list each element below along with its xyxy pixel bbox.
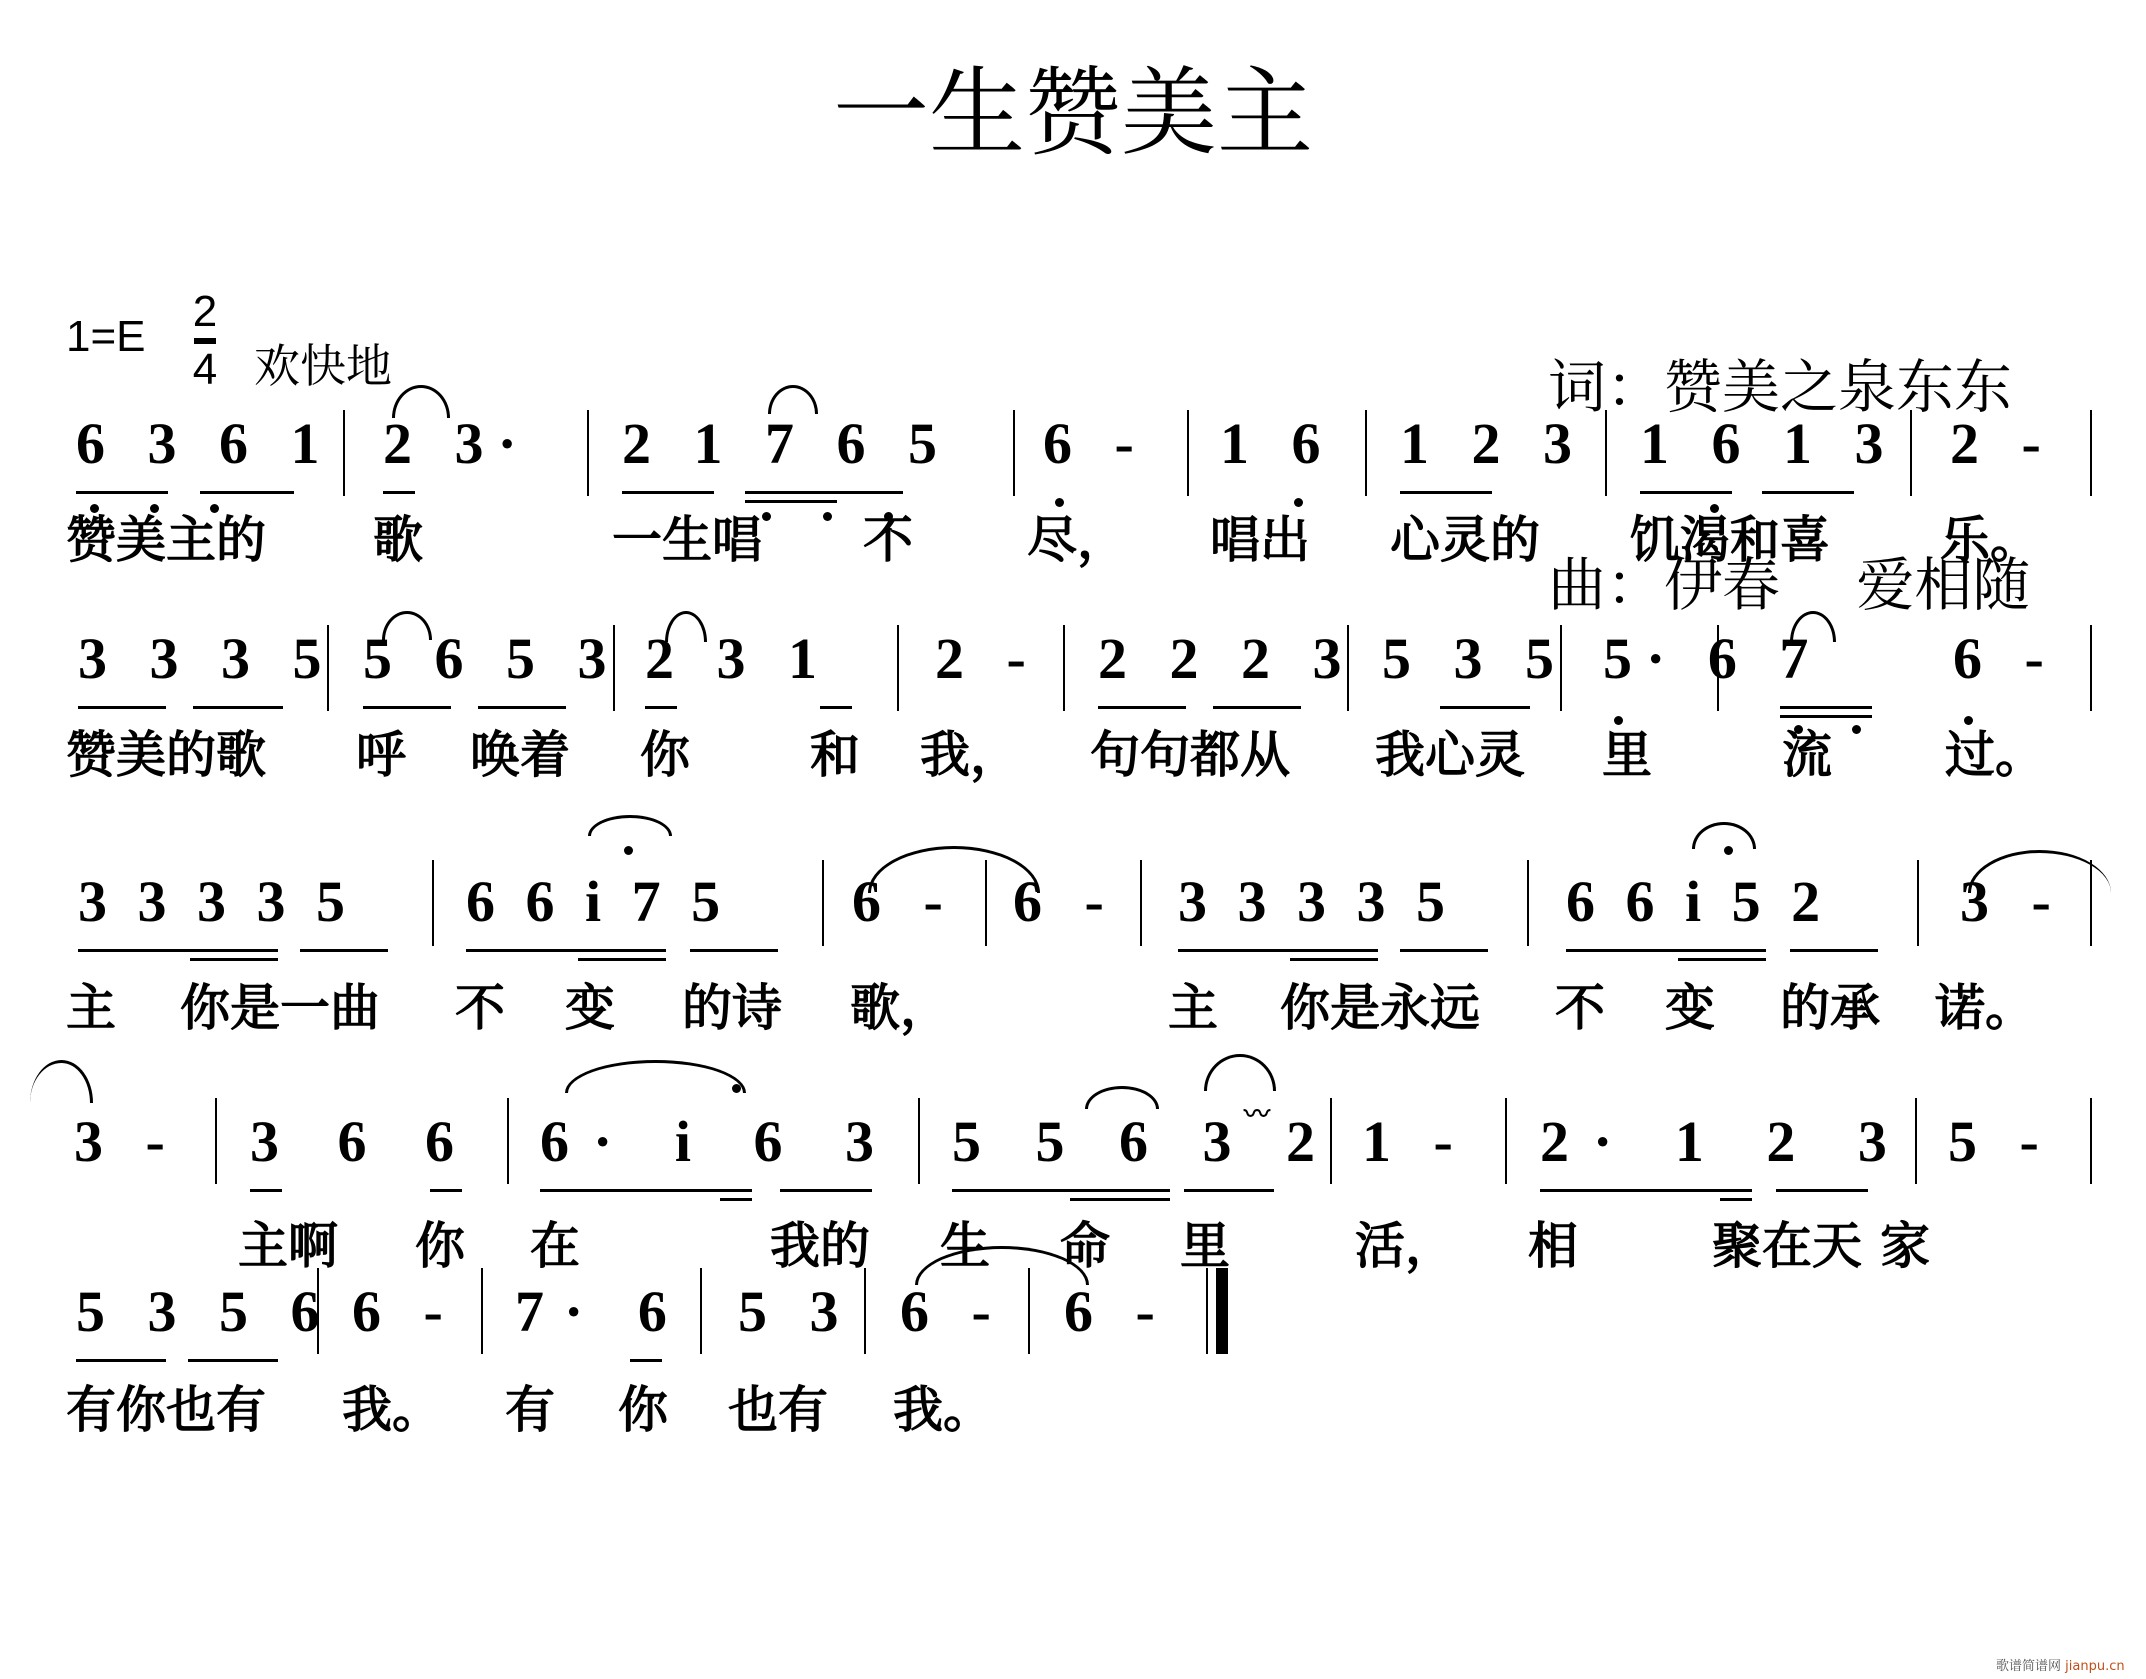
system-4: 3 - 3 6 6 6· i 6 3 5 5 6 3 2 〰 1 - 2· 1 … xyxy=(0,1098,2146,1268)
measure-4: 2 - xyxy=(935,627,1040,691)
lyric: 有你也有 xyxy=(66,1380,266,1440)
underline xyxy=(1762,491,1854,494)
underline xyxy=(76,1359,166,1362)
lyric: 饥渴和喜 xyxy=(1630,510,1830,570)
underline xyxy=(190,958,278,961)
lyric: 主 xyxy=(66,978,116,1038)
underline xyxy=(780,1189,872,1192)
system-2: 3 3 3 5 5 6 5 3 2 3 1 2 - 2 2 2 3 5 3 5 … xyxy=(0,615,2146,785)
barline xyxy=(1915,1098,1917,1184)
measure-2: 6 - xyxy=(352,1280,457,1344)
underline xyxy=(1184,1189,1274,1192)
song-title: 一生赞美主 xyxy=(0,58,2146,168)
barline xyxy=(2090,1098,2092,1184)
measure-6: 5 3 5 xyxy=(1382,627,1568,691)
lyric: 流 xyxy=(1782,725,1832,785)
measure-4: 5 3 xyxy=(738,1280,853,1344)
low-octave-dot xyxy=(1294,498,1303,507)
lyric: 乐。 xyxy=(1940,510,2040,570)
measure-4: 6 - xyxy=(1013,870,1118,934)
lyric: 我心灵 xyxy=(1375,725,1525,785)
underline xyxy=(1566,949,1766,952)
lyric: 赞美主的 xyxy=(66,510,266,570)
tie xyxy=(30,1060,93,1103)
lyric: 不 xyxy=(863,510,913,570)
lyric: 变 xyxy=(565,978,615,1038)
underline xyxy=(1400,491,1492,494)
measure-1: 3 3 3 3 5 xyxy=(78,870,353,934)
lyric: 不 xyxy=(455,978,505,1038)
measure-5: 6 - xyxy=(900,1280,1005,1344)
underline xyxy=(622,491,714,494)
low-octave-dot xyxy=(1614,716,1623,725)
barline xyxy=(2090,625,2092,711)
lyric: 我。 xyxy=(893,1380,993,1440)
measure-5: 2 2 2 3 xyxy=(1098,627,1356,691)
time-divider xyxy=(194,338,216,344)
underline xyxy=(1780,715,1872,718)
barline xyxy=(1605,410,1607,496)
lyric: 唱出 xyxy=(1210,510,1310,570)
measure-3: 2 1 7 6 5 xyxy=(622,412,951,476)
measure-1: 5 3 5 6 xyxy=(76,1280,334,1344)
lyric: 和 xyxy=(810,725,860,785)
underline xyxy=(363,706,451,709)
underline xyxy=(200,491,294,494)
barline xyxy=(1527,860,1529,946)
lyric: 一生唱 xyxy=(612,510,762,570)
lyric: 主啊 xyxy=(238,1216,338,1276)
tempo-marking: 欢快地 xyxy=(254,330,392,396)
measure-2: 3 6 6 xyxy=(250,1110,476,1174)
measure-5: 1 - xyxy=(1362,1110,1467,1174)
underline xyxy=(540,1189,752,1192)
lyric: 句句都从 xyxy=(1090,725,1290,785)
lyric: 有 xyxy=(505,1380,555,1440)
measure-6: 6 6 i 5 2 xyxy=(1566,870,1828,934)
barline xyxy=(1013,410,1015,496)
underline xyxy=(630,1359,662,1362)
watermark-site-name: 歌谱简谱网 xyxy=(1996,1659,2061,1674)
barline xyxy=(1910,410,1912,496)
underline xyxy=(1178,949,1378,952)
measure-2: 2 3· xyxy=(383,412,531,476)
lyric: 我。 xyxy=(342,1380,442,1440)
lyric: 相 xyxy=(1528,1216,1578,1276)
underline xyxy=(1098,706,1186,709)
system-3: 3 3 3 3 5 6 6 i 7 5 6 - 6 - 3 3 3 3 5 6 … xyxy=(0,858,2146,1028)
measure-7: 1 6 1 3 xyxy=(1640,412,1898,476)
lyric: 我， xyxy=(920,725,1020,785)
slur xyxy=(1204,1054,1276,1091)
time-numerator: 2 xyxy=(193,287,217,336)
underline xyxy=(720,1198,752,1201)
underline xyxy=(430,1189,462,1192)
underline xyxy=(1400,949,1488,952)
barline xyxy=(215,1098,217,1184)
underline xyxy=(478,706,566,709)
lyric: 你 xyxy=(640,725,690,785)
underline xyxy=(383,491,415,494)
slur xyxy=(382,611,432,640)
measure-7: 5 - xyxy=(1948,1110,2053,1174)
lyric: 你是一曲 xyxy=(180,978,380,1038)
lyric: 诺。 xyxy=(1935,978,2035,1038)
low-octave-dot xyxy=(1852,725,1861,734)
barline xyxy=(343,410,345,496)
underline xyxy=(1776,1189,1868,1192)
underline xyxy=(952,1189,1170,1192)
measure-4: 5 5 6 3 2 xyxy=(952,1110,1335,1174)
slur xyxy=(1085,1086,1159,1109)
barline xyxy=(587,410,589,496)
measure-1: 3 - xyxy=(74,1110,179,1174)
barline xyxy=(918,1098,920,1184)
final-barline xyxy=(1216,1268,1228,1354)
lyric: 主 xyxy=(1168,978,1218,1038)
barline xyxy=(2090,410,2092,496)
low-octave-dot xyxy=(823,512,832,521)
underline xyxy=(1290,958,1378,961)
key-signature: 1=E xyxy=(66,312,146,362)
lyric: 活， xyxy=(1355,1216,1455,1276)
slur xyxy=(665,611,707,642)
low-octave-dot xyxy=(1964,716,1973,725)
slur xyxy=(1692,822,1756,849)
barline xyxy=(1063,625,1065,711)
slur xyxy=(588,815,672,836)
lyric: 我的 xyxy=(770,1216,870,1276)
time-signature: 2 4 xyxy=(188,290,222,392)
measure-4: 6 - xyxy=(1043,412,1148,476)
watermark-url: jianpu.cn xyxy=(2065,1659,2124,1674)
lyric: 过。 xyxy=(1945,725,2045,785)
barline xyxy=(1917,860,1919,946)
barline xyxy=(822,860,824,946)
measure-6: 2· 1 2 3 xyxy=(1540,1110,1911,1174)
lyric: 尽， xyxy=(1027,510,1127,570)
measure-1: 6 3 6 1 xyxy=(76,412,334,476)
measure-5: 3 3 3 3 5 xyxy=(1178,870,1453,934)
lyric: 你 xyxy=(618,1380,668,1440)
barline xyxy=(864,1268,866,1354)
underline xyxy=(78,706,166,709)
system-1: 6 3 6 1 2 3· 2 1 7 6 5 6 - 1 6 1 2 3 1 6… xyxy=(0,400,2146,570)
slur xyxy=(565,1060,746,1093)
lyric: 唤着 xyxy=(470,725,570,785)
mordent-ornament: 〰 xyxy=(1244,1094,1264,1131)
measure-6: 1 2 3 xyxy=(1400,412,1586,476)
barline xyxy=(432,860,434,946)
slur xyxy=(1790,611,1836,642)
underline xyxy=(1540,1189,1752,1192)
underline xyxy=(466,949,666,952)
underline xyxy=(1678,958,1766,961)
system-5: 5 3 5 6 6 - 7· 6 5 3 6 - 6 - 有你也有 我。 有 你… xyxy=(0,1268,2146,1438)
underline xyxy=(76,491,168,494)
underline xyxy=(645,706,677,709)
lyric: 心灵的 xyxy=(1390,510,1540,570)
measure-5: 1 6 xyxy=(1220,412,1335,476)
barline xyxy=(1365,410,1367,496)
underline xyxy=(250,1189,282,1192)
barline xyxy=(1140,860,1142,946)
lyric: 不 xyxy=(1555,978,1605,1038)
time-denominator: 4 xyxy=(193,345,217,394)
low-octave-dot xyxy=(1055,498,1064,507)
slur xyxy=(392,385,450,418)
underline xyxy=(578,958,666,961)
barline xyxy=(1187,410,1189,496)
lyric: 歌， xyxy=(850,978,950,1038)
underline xyxy=(1790,949,1878,952)
measure-6: 6 - xyxy=(1064,1280,1169,1344)
underline xyxy=(1640,491,1732,494)
tie xyxy=(1968,850,2111,893)
lyric: 里 xyxy=(1602,725,1652,785)
measure-1: 3 3 3 5 xyxy=(78,627,336,691)
underline xyxy=(193,706,283,709)
barline xyxy=(481,1268,483,1354)
underline xyxy=(745,491,903,494)
lyric: 在 xyxy=(530,1216,580,1276)
barline xyxy=(507,1098,509,1184)
underline xyxy=(1780,706,1872,709)
measure-3: 6· i 6 3 xyxy=(540,1110,898,1174)
lyric: 歌 xyxy=(373,510,423,570)
lyric: 的诗 xyxy=(682,978,782,1038)
lyric: 呼 xyxy=(356,725,406,785)
barline xyxy=(1505,1098,1507,1184)
underline xyxy=(300,949,388,952)
measure-3: 7· 6 xyxy=(515,1280,687,1344)
barline xyxy=(700,1268,702,1354)
watermark: 歌谱简谱网 jianpu.cn xyxy=(1996,1655,2125,1674)
lyric: 里 xyxy=(1180,1216,1230,1276)
underline xyxy=(188,1359,278,1362)
underline xyxy=(1070,1198,1170,1201)
lyric: 变 xyxy=(1665,978,1715,1038)
underline xyxy=(1440,706,1530,709)
lyric: 你 xyxy=(415,1216,465,1276)
low-octave-dot xyxy=(762,512,771,521)
underline xyxy=(1213,706,1301,709)
lyric: 你是永远 xyxy=(1280,978,1480,1038)
lyric: 也有 xyxy=(728,1380,828,1440)
measure-8: 6 - xyxy=(1953,627,2058,691)
underline xyxy=(78,949,278,952)
measure-2: 6 6 i 7 5 xyxy=(466,870,728,934)
underline xyxy=(745,500,837,503)
measure-8: 2 - xyxy=(1950,412,2055,476)
underline xyxy=(690,949,778,952)
barline xyxy=(897,625,899,711)
slur xyxy=(768,385,818,414)
underline xyxy=(820,706,852,709)
underline xyxy=(1720,1198,1752,1201)
lyric: 家 xyxy=(1880,1216,1930,1276)
lyric: 的承 xyxy=(1780,978,1880,1038)
lyric: 聚在天 xyxy=(1712,1216,1862,1276)
lyric: 赞美的歌 xyxy=(66,725,266,785)
high-octave-dot xyxy=(624,846,633,855)
